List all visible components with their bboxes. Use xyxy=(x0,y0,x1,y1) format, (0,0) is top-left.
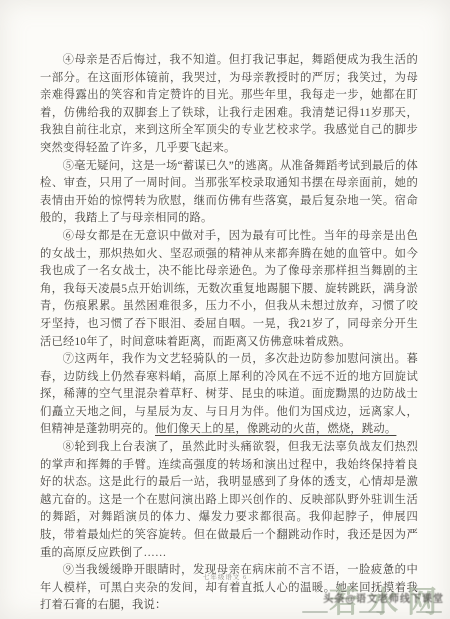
passage-body: ④母亲是否后悔过，我不知道。但打我记事起，舞蹈便成为我生活的一部分。在这面形体镜… xyxy=(40,52,418,615)
paragraph-5-text: ⑤毫无疑问，这是一场“蓄谋已久”的逃离。从准备舞蹈考试到最后的体检、审查，只用了… xyxy=(40,160,418,225)
document-page: ④母亲是否后悔过，我不知道。但打我记事起，舞蹈便成为我生活的一部分。在这面形体镜… xyxy=(0,0,450,619)
watermark-subtext-line xyxy=(416,611,442,613)
paragraph-6-text: ⑥母女都是在无意识中做对手，因为最有可比性。当年的母亲是出色的女战士，那炽热如火… xyxy=(40,230,418,348)
paragraph-7: ⑦这两年，我作为文艺轻骑队的一员，多次赴边防参加慰问演出。暮春，边防线上仍然春寒… xyxy=(40,351,418,439)
page-footer-label: 七年级语文 6 xyxy=(0,572,450,581)
paragraph-5: ⑤毫无疑问，这是一场“蓄谋已久”的逃离。从准备舞蹈考试到最后的体检、审查，只用了… xyxy=(40,158,418,228)
paragraph-9: ⑨当我缓缓睁开眼睛时，发现母亲在病床前不言不语，一脸疲惫的中年人模样，可黑白夹杂… xyxy=(40,562,418,615)
underlined-sentence: 他们像天上的星，像跳动的火苗，燃烧，跳动。 xyxy=(155,423,396,435)
paragraph-4-text: ④母亲是否后悔过，我不知道。但打我记事起，舞蹈便成为我生活的一部分。在这面形体镜… xyxy=(40,54,418,154)
paragraph-8: ⑧轮到我上台表演了，虽然此时头痛欲裂，但我无法辜负战友们热烈的掌声和挥舞的手臂。… xyxy=(40,439,418,562)
paragraph-6: ⑥母女都是在无意识中做对手，因为最有可比性。当年的母亲是出色的女战士，那炽热如火… xyxy=(40,228,418,351)
paragraph-8-text: ⑧轮到我上台表演了，虽然此时头痛欲裂，但我无法辜负战友们热烈的掌声和挥舞的手臂。… xyxy=(40,441,418,559)
paragraph-4: ④母亲是否后悔过，我不知道。但打我记事起，舞蹈便成为我生活的一部分。在这面形体镜… xyxy=(40,52,418,158)
